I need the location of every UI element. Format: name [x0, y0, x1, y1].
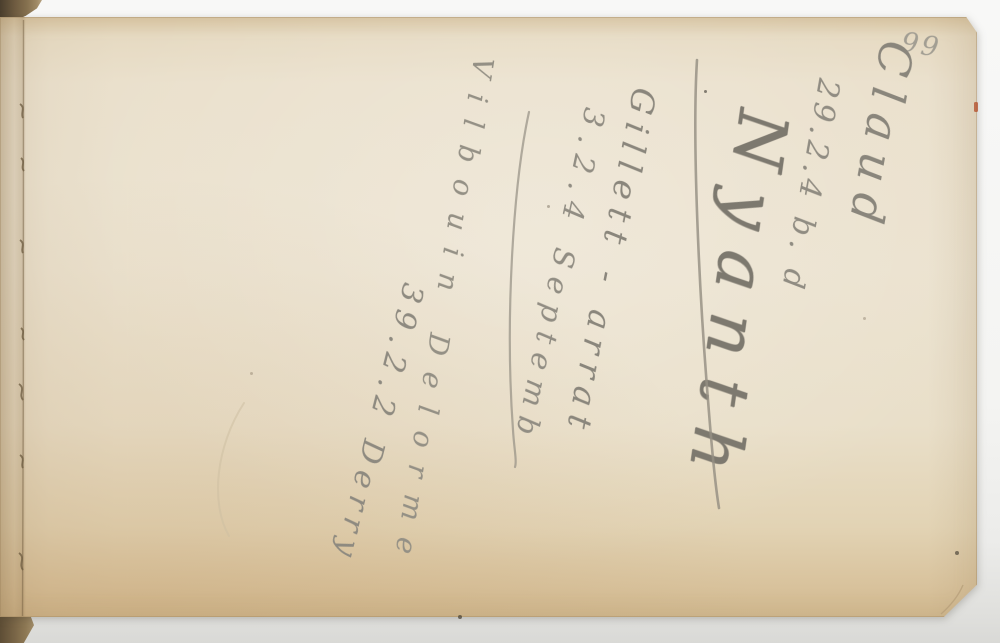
page-gutter-fold — [0, 17, 26, 617]
paper-speck — [955, 551, 959, 555]
scanned-notebook-page-photo: 99 Claud 29.2.4 b. d Nyanth Gillett - ar… — [0, 0, 1000, 643]
paper-speck — [863, 317, 866, 320]
binding-fragment-bottom — [0, 616, 34, 643]
paper-speck — [458, 615, 462, 619]
paper-speck — [250, 372, 253, 375]
paper-speck — [547, 205, 550, 208]
paper-speck — [704, 90, 707, 93]
